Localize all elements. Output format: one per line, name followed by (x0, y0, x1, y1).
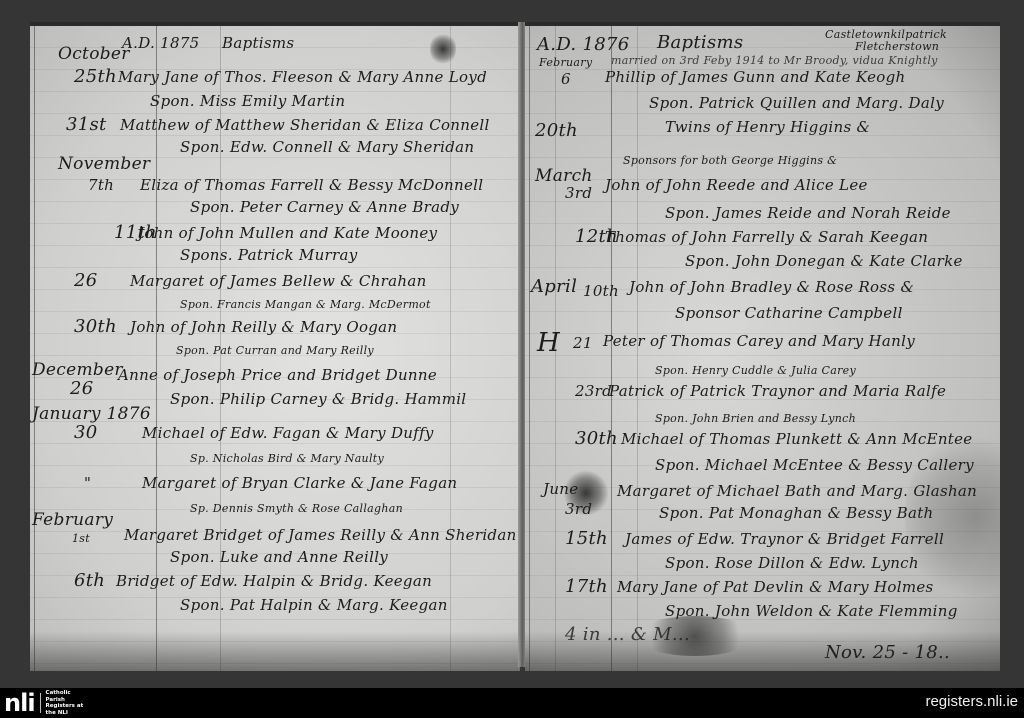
entry-day: 6 (561, 70, 571, 88)
entry-day: 1st (72, 532, 90, 545)
entry-child: Matthew of Matthew Sheridan & Eliza Conn… (120, 116, 490, 134)
page-shadow (525, 631, 1000, 671)
entry-sponsors: Spon. Luke and Anne Reilly (170, 548, 388, 566)
ink-smudge (430, 32, 456, 66)
nli-logo-mark: nli (4, 690, 35, 716)
site-link[interactable]: registers.nli.ie (925, 693, 1018, 710)
entry-day: 26 (70, 378, 94, 399)
margin-rule (529, 26, 530, 671)
entry-sponsors: Spon. Edw. Connell & Mary Sheridan (180, 138, 474, 156)
nli-logo-subtitle: Catholic Parish Registers at the NLI (46, 690, 90, 716)
register-spread: October A.D. 1875 Baptisms 25th Mary Jan… (30, 22, 1005, 667)
entry-child: Margaret Bridget of James Reilly & Ann S… (124, 526, 517, 544)
logo-divider (40, 693, 41, 713)
entry-child: John of John Reede and Alice Lee (605, 176, 868, 194)
entry-day: 6th (74, 570, 105, 591)
entry-month: February (32, 510, 113, 530)
header-title: Baptisms (657, 32, 743, 53)
entry-child: Eliza of Thomas Farrell & Bessy McDonnel… (140, 176, 483, 194)
entry-day: 17th (565, 576, 608, 597)
ink-blot (563, 470, 609, 516)
entry-day: 15th (565, 528, 608, 549)
entry-sponsors: Spon. Peter Carney & Anne Brady (190, 198, 459, 216)
entry-child: Phillip of James Gunn and Kate Keogh (605, 68, 906, 86)
entry-child: Michael of Thomas Plunkett & Ann McEntee (621, 430, 972, 448)
entry-day: 25th (74, 66, 117, 87)
entry-day: 31st (66, 114, 107, 135)
entry-day: " (84, 474, 91, 492)
entry-month: December (32, 360, 123, 380)
entry-day: 26 (74, 270, 98, 291)
margin-rule (34, 26, 35, 671)
entry-day: 10th (583, 282, 619, 300)
entry-child: John of John Bradley & Rose Ross & (629, 278, 914, 296)
entry-day: 30 (74, 422, 98, 443)
nli-logo[interactable]: nli Catholic Parish Registers at the NLI (4, 690, 90, 716)
entry-month: February (539, 56, 592, 69)
entry-sponsors: Sponsors for both George Higgins & (623, 154, 837, 167)
entry-day: 20th (535, 120, 578, 141)
header-year: A.D. 1875 (122, 34, 200, 52)
margin-note: married on 3rd Feby 1914 to Mr Broody, v… (611, 54, 938, 67)
entry-child: Anne of Joseph Price and Bridget Dunne (118, 366, 437, 384)
entry-sponsors: Spon. Pat Curran and Mary Reilly (176, 344, 374, 357)
entry-sponsors: Spon. John Donegan & Kate Clarke (685, 252, 963, 270)
entry-day: 7th (88, 176, 114, 194)
right-page: A.D. 1876 Baptisms Castletownkilpatrick … (525, 22, 1000, 671)
header-title: Baptisms (222, 34, 294, 52)
entry-day: 30th (74, 316, 117, 337)
viewer-footer: nli Catholic Parish Registers at the NLI… (0, 688, 1024, 718)
entry-child: Margaret of Bryan Clarke & Jane Fagan (142, 474, 457, 492)
entry-sponsors: Spon. Rose Dillon & Edw. Lynch (665, 554, 919, 572)
entry-sponsors: Spon. Henry Cuddle & Julia Carey (655, 364, 856, 377)
header-year: A.D. 1876 (537, 34, 629, 55)
entry-month: January 1876 (32, 404, 151, 424)
entry-child: Patrick of Patrick Traynor and Maria Ral… (609, 382, 946, 400)
entry-child: John of John Mullen and Kate Mooney (138, 224, 437, 242)
entry-child: John of John Reilly & Mary Oogan (130, 318, 397, 336)
entry-child: Thomas of John Farrelly & Sarah Keegan (605, 228, 928, 246)
entry-day: 30th (575, 428, 618, 449)
entry-month: April (531, 276, 577, 297)
entry-sponsors: Spon. Pat Halpin & Marg. Keegan (180, 596, 448, 614)
entry-child: Margaret of James Bellew & Chrahan (130, 272, 427, 290)
entry-sponsors: Spon. Francis Mangan & Marg. McDermot (180, 298, 431, 311)
image-viewer[interactable]: October A.D. 1875 Baptisms 25th Mary Jan… (0, 0, 1024, 688)
entry-child: Mary Jane of Pat Devlin & Mary Holmes (617, 578, 934, 596)
entry-sponsors: Spons. Patrick Murray (180, 246, 358, 264)
left-page: October A.D. 1875 Baptisms 25th Mary Jan… (30, 22, 520, 671)
entry-day: 23rd (575, 382, 612, 400)
entry-child: Peter of Thomas Carey and Mary Hanly (603, 332, 915, 350)
entry-sponsors: Sponsor Catharine Campbell (675, 304, 903, 322)
entry-sponsors: Spon. Pat Monaghan & Bessy Bath (659, 504, 934, 522)
header-month: October (58, 44, 130, 64)
entry-month: March (535, 166, 593, 186)
entry-sponsors: Sp. Nicholas Bird & Mary Naulty (190, 452, 384, 465)
entry-child: Twins of Henry Higgins & (665, 118, 870, 136)
entry-child: James of Edw. Traynor & Bridget Farrell (625, 530, 944, 548)
entry-sponsors: Sp. Dennis Smyth & Rose Callaghan (190, 502, 403, 515)
entry-child: Bridget of Edw. Halpin & Bridg. Keegan (116, 572, 432, 590)
entry-sponsors: Spon. Philip Carney & Bridg. Hammil (170, 390, 466, 408)
entry-month: November (58, 154, 150, 174)
entry-child: Michael of Edw. Fagan & Mary Duffy (142, 424, 434, 442)
entry-sponsors: Spon. Patrick Quillen and Marg. Daly (649, 94, 944, 112)
entry-sponsors: Spon. Miss Emily Martin (150, 92, 345, 110)
entry-day: 21 (573, 334, 593, 352)
entry-child: Mary Jane of Thos. Fleeson & Mary Anne L… (118, 68, 487, 86)
entry-day: 3rd (565, 184, 592, 202)
entry-sponsors: Spon. John Brien and Bessy Lynch (655, 412, 856, 425)
margin-mark: H (537, 328, 560, 358)
header-note: Fletcherstown (855, 40, 939, 53)
entry-sponsors: Spon. James Reide and Norah Reide (665, 204, 951, 222)
page-shadow (30, 631, 520, 671)
